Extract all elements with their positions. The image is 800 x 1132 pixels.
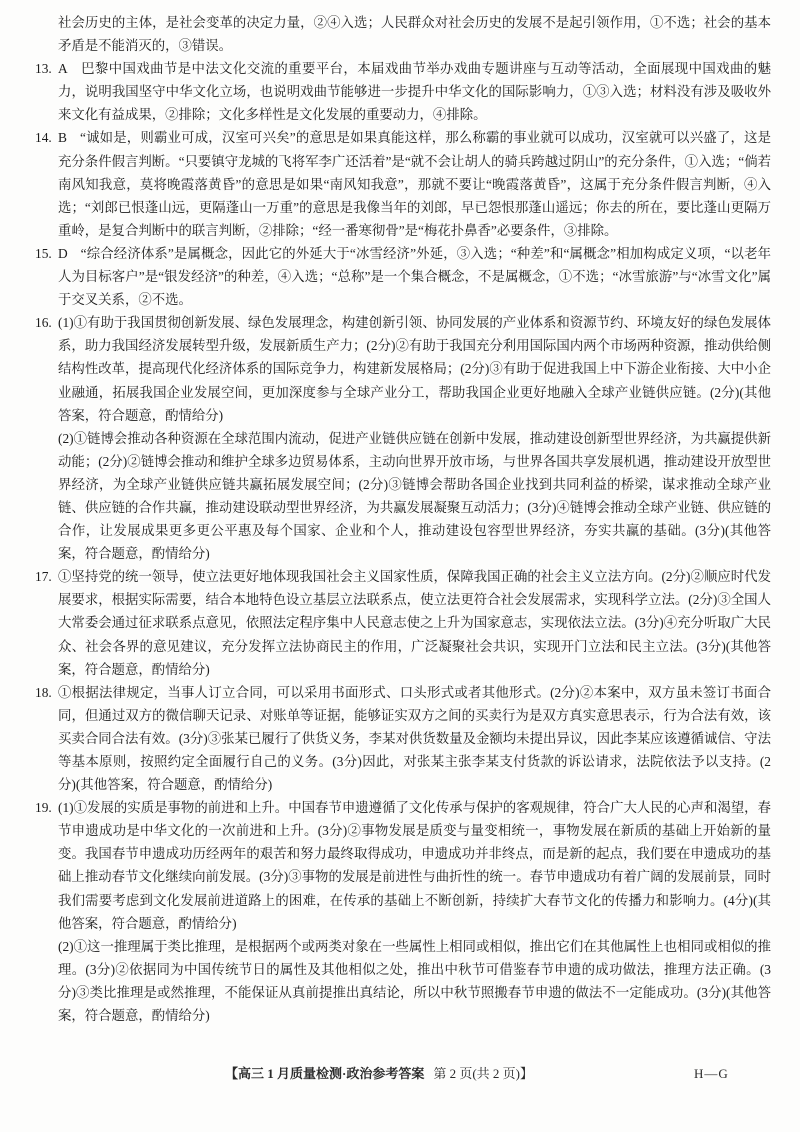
- answer-letter: B: [58, 130, 67, 145]
- question-number: 18.: [35, 681, 52, 704]
- answer-paragraph: 18.①根据法律规定，当事人订立合同，可以采用书面形式、口头形式或者其他形式。(…: [35, 681, 771, 796]
- answer-paragraph: 19.(1)①发展的实质是事物的前进和上升。中国春节申遗遵循了文化传承与保护的客…: [35, 796, 771, 935]
- answer-paragraph: 17.①坚持党的统一领导，使立法更好地体现我国社会主义国家性质，保障我国正确的社…: [35, 565, 771, 680]
- answer-text: “诚如是，则霸业可成，汉室可兴矣”的意思是如果真能这样，那么称霸的事业就可以成功…: [58, 130, 771, 237]
- answer-text: (1)①有助于我国贯彻创新发展、绿色发展理念，构建创新引领、协同发展的产业体系和…: [58, 315, 771, 422]
- question-number: 14.: [35, 126, 52, 149]
- answer-paragraph: 13.A巴黎中国戏曲节是中法文化交流的重要平台，本届戏曲节举办戏曲专题讲座与互动…: [35, 57, 771, 126]
- footer-page-info: 第 2 页(共 2 页)】: [433, 1066, 533, 1081]
- footer-caption: 【高三 1 月质量检测·政治参考答案第 2 页(共 2 页)】: [225, 1063, 533, 1085]
- exam-answer-page: 社会历史的主体，是社会变革的决定力量，②④入选；人民群众对社会历史的发展不是起引…: [0, 0, 800, 1132]
- answer-paragraph: 15.D“综合经济体系”是属概念，因此它的外延大于“冰雪经济”外延，③入选；“种…: [35, 242, 771, 311]
- answer-paragraph: 社会历史的主体，是社会变革的决定力量，②④入选；人民群众对社会历史的发展不是起引…: [35, 11, 771, 57]
- answer-text: (2)①链博会推动各种资源在全球范围内流动，促进产业链供应链在创新中发展，推动建…: [58, 431, 771, 561]
- answer-text: (1)①发展的实质是事物的前进和上升。中国春节申遗遵循了文化传承与保护的客观规律…: [58, 800, 771, 930]
- footer: 【高三 1 月质量检测·政治参考答案第 2 页(共 2 页)】 H—G: [0, 1063, 800, 1085]
- question-number: 17.: [35, 565, 52, 588]
- answer-text: ①坚持党的统一领导，使立法更好地体现我国社会主义国家性质，保障我国正确的社会主义…: [58, 569, 771, 676]
- answer-letter: A: [58, 61, 68, 76]
- answer-text: “综合经济体系”是属概念，因此它的外延大于“冰雪经济”外延，③入选；“种差”和“…: [58, 246, 771, 307]
- footer-title: 【高三 1 月质量检测·政治参考答案: [225, 1066, 424, 1081]
- paper-code: H—G: [694, 1063, 729, 1085]
- question-number: 13.: [35, 57, 52, 80]
- answer-text: ①根据法律规定，当事人订立合同，可以采用书面形式、口头形式或者其他形式。(2分)…: [58, 685, 771, 792]
- answer-text: 巴黎中国戏曲节是中法文化交流的重要平台，本届戏曲节举办戏曲专题讲座与互动等活动，…: [58, 61, 771, 122]
- answer-paragraph: 16.(1)①有助于我国贯彻创新发展、绿色发展理念，构建创新引领、协同发展的产业…: [35, 311, 771, 426]
- answer-text: 社会历史的主体，是社会变革的决定力量，②④入选；人民群众对社会历史的发展不是起引…: [58, 15, 771, 53]
- answer-list: 社会历史的主体，是社会变革的决定力量，②④入选；人民群众对社会历史的发展不是起引…: [35, 11, 771, 1027]
- answer-text: (2)①这一推理属于类比推理，是根据两个或两类对象在一些属性上相同或相似，推出它…: [58, 939, 771, 1023]
- question-number: 15.: [35, 242, 52, 265]
- answer-paragraph: (2)①链博会推动各种资源在全球范围内流动，促进产业链供应链在创新中发展，推动建…: [35, 427, 771, 566]
- answer-letter: D: [58, 246, 68, 261]
- question-number: 16.: [35, 311, 52, 334]
- answer-paragraph: (2)①这一推理属于类比推理，是根据两个或两类对象在一些属性上相同或相似，推出它…: [35, 935, 771, 1027]
- answer-paragraph: 14.B“诚如是，则霸业可成，汉室可兴矣”的意思是如果真能这样，那么称霸的事业就…: [35, 126, 771, 241]
- question-number: 19.: [35, 796, 52, 819]
